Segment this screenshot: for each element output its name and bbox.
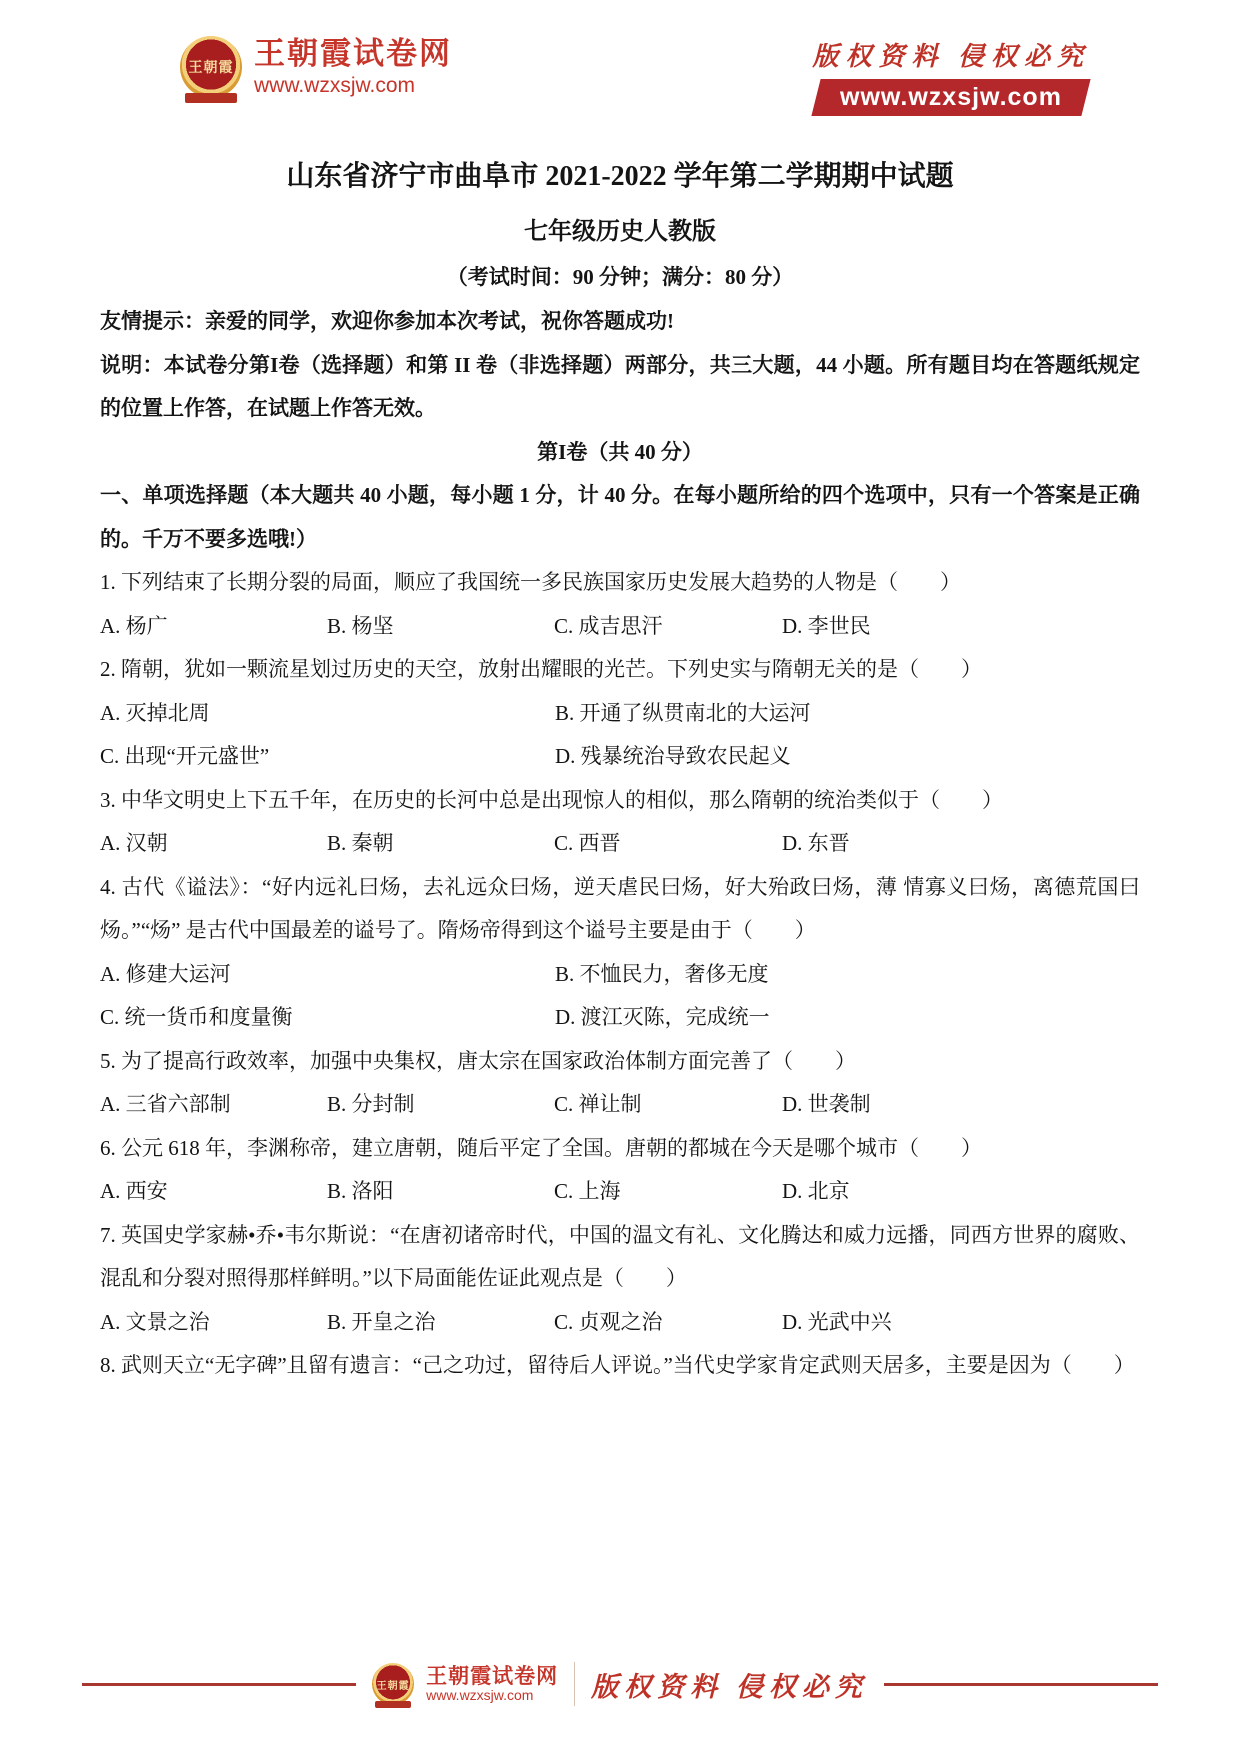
question-options: A. 杨广B. 杨坚C. 成吉思汗D. 李世民: [100, 605, 1140, 649]
friendly-notice: 友情提示：亲爱的同学，欢迎你参加本次考试，祝你答题成功!: [100, 300, 1140, 344]
question-text: 7. 英国史学家赫•乔•韦尔斯说：“在唐初诸帝时代，中国的温文有礼、文化腾达和威…: [100, 1214, 1140, 1301]
question-1: 1. 下列结束了长期分裂的局面，顺应了我国统一多民族国家历史发展大趋势的人物是（…: [100, 561, 1140, 648]
questions-list: 1. 下列结束了长期分裂的局面，顺应了我国统一多民族国家历史发展大趋势的人物是（…: [100, 561, 1140, 1388]
footer-copyright-slogan: 版权资料 侵权必究: [591, 1665, 868, 1704]
option-c: C. 上海: [554, 1170, 782, 1214]
question-2: 2. 隋朝，犹如一颗流星划过历史的天空，放射出耀眼的光芒。下列史实与隋朝无关的是…: [100, 648, 1140, 779]
question-4: 4. 古代《谥法》：“好内远礼曰炀，去礼远众曰炀，逆天虐民曰炀，好大殆政曰炀，薄…: [100, 866, 1140, 1040]
option-d: D. 李世民: [782, 605, 1140, 649]
question-7: 7. 英国史学家赫•乔•韦尔斯说：“在唐初诸帝时代，中国的温文有礼、文化腾达和威…: [100, 1214, 1140, 1345]
option-d: D. 光武中兴: [782, 1301, 1140, 1345]
question-text: 6. 公元 618 年，李渊称帝，建立唐朝，随后平定了全国。唐朝的都城在今天是哪…: [100, 1127, 1140, 1171]
option-a: A. 三省六部制: [100, 1083, 327, 1127]
option-b: B. 开通了纵贯南北的大运河: [555, 692, 1140, 736]
option-d: D. 世袭制: [782, 1083, 1140, 1127]
footer-rule-left: [82, 1683, 356, 1686]
footer-badge-text: 王朝霞: [372, 1663, 414, 1705]
exam-info: （考试时间：90 分钟；满分：80 分）: [100, 254, 1140, 300]
badge-text: 王朝霞: [180, 36, 242, 98]
option-d: D. 残暴统治导致农民起义: [555, 735, 1140, 779]
question-text: 1. 下列结束了长期分裂的局面，顺应了我国统一多民族国家历史发展大趋势的人物是（…: [100, 561, 1140, 605]
option-a: A. 修建大运河: [100, 953, 555, 997]
question-options: A. 三省六部制B. 分封制C. 禅让制D. 世袭制: [100, 1083, 1140, 1127]
option-b: B. 不恤民力，奢侈无度: [555, 953, 1140, 997]
question-6: 6. 公元 618 年，李渊称帝，建立唐朝，随后平定了全国。唐朝的都城在今天是哪…: [100, 1127, 1140, 1214]
option-b: B. 分封制: [327, 1083, 554, 1127]
option-a: A. 灭掉北周: [100, 692, 555, 736]
question-options: A. 西安B. 洛阳C. 上海D. 北京: [100, 1170, 1140, 1214]
question-text: 5. 为了提高行政效率，加强中央集权，唐太宗在国家政治体制方面完善了（ ）: [100, 1040, 1140, 1084]
question-text: 3. 中华文明史上下五千年，在历史的长河中总是出现惊人的相似，那么隋朝的统治类似…: [100, 779, 1140, 823]
option-b: B. 开皇之治: [327, 1301, 554, 1345]
footer-brand-url: www.wzxsjw.com: [426, 1688, 558, 1703]
site-logo: 王朝霞 王朝霞试卷网 www.wzxsjw.com: [180, 36, 452, 98]
logo-badge-icon: 王朝霞: [180, 36, 242, 98]
option-d: D. 东晋: [782, 822, 1140, 866]
section-1-title: 第I卷（共 40 分）: [100, 431, 1140, 475]
option-c: C. 成吉思汗: [554, 605, 782, 649]
footer-brand-name: 王朝霞试卷网: [426, 1666, 558, 1688]
part-1-heading: 一、单项选择题（本大题共 40 小题，每小题 1 分，计 40 分。在每小题所给…: [100, 474, 1140, 561]
option-c: C. 出现“开元盛世”: [100, 735, 555, 779]
option-c: C. 禅让制: [554, 1083, 782, 1127]
exam-instructions: 说明：本试卷分第I卷（选择题）和第 II 卷（非选择题）两部分，共三大题，44 …: [100, 344, 1140, 431]
question-text: 8. 武则天立“无字碑”且留有遗言：“己之功过，留待后人评说。”当代史学家肯定武…: [100, 1344, 1140, 1388]
question-options: A. 灭掉北周B. 开通了纵贯南北的大运河C. 出现“开元盛世”D. 残暴统治导…: [100, 692, 1140, 779]
footer-badge-ribbon-icon: [375, 1701, 411, 1708]
option-c: C. 统一货币和度量衡: [100, 996, 555, 1040]
footer-brand-block: 王朝霞试卷网 www.wzxsjw.com: [426, 1666, 558, 1703]
url-banner: www.wzxsjw.com: [812, 79, 1091, 116]
question-8: 8. 武则天立“无字碑”且留有遗言：“己之功过，留待后人评说。”当代史学家肯定武…: [100, 1344, 1140, 1388]
brand-name: 王朝霞试卷网: [254, 37, 452, 71]
exam-content: 山东省济宁市曲阜市 2021-2022 学年第二学期期中试题 七年级历史人教版 …: [100, 154, 1140, 1388]
question-text: 4. 古代《谥法》：“好内远礼曰炀，去礼远众曰炀，逆天虐民曰炀，好大殆政曰炀，薄…: [100, 866, 1140, 953]
question-3: 3. 中华文明史上下五千年，在历史的长河中总是出现惊人的相似，那么隋朝的统治类似…: [100, 779, 1140, 866]
page-header: 王朝霞 王朝霞试卷网 www.wzxsjw.com 版权资料 侵权必究 www.…: [0, 0, 1240, 118]
question-options: A. 修建大运河B. 不恤民力，奢侈无度C. 统一货币和度量衡D. 渡江灭陈，完…: [100, 953, 1140, 1040]
page-footer: 王朝霞 王朝霞试卷网 www.wzxsjw.com 版权资料 侵权必究: [82, 1662, 1158, 1706]
option-a: A. 文景之治: [100, 1301, 327, 1345]
option-b: B. 洛阳: [327, 1170, 554, 1214]
footer-divider: [574, 1662, 575, 1706]
footer-rule-right: [884, 1683, 1158, 1686]
option-d: D. 北京: [782, 1170, 1140, 1214]
exam-paper-page: 王朝霞 王朝霞试卷网 www.wzxsjw.com 版权资料 侵权必究 www.…: [0, 0, 1240, 1753]
page-title: 山东省济宁市曲阜市 2021-2022 学年第二学期期中试题: [100, 154, 1140, 200]
page-subtitle: 七年级历史人教版: [100, 210, 1140, 254]
question-options: A. 文景之治B. 开皇之治C. 贞观之治D. 光武中兴: [100, 1301, 1140, 1345]
url-banner-text: www.wzxsjw.com: [840, 83, 1062, 112]
question-5: 5. 为了提高行政效率，加强中央集权，唐太宗在国家政治体制方面完善了（ ）A. …: [100, 1040, 1140, 1127]
option-b: B. 秦朝: [327, 822, 554, 866]
question-text: 2. 隋朝，犹如一颗流星划过历史的天空，放射出耀眼的光芒。下列史实与隋朝无关的是…: [100, 648, 1140, 692]
footer-logo-badge-icon: 王朝霞: [372, 1663, 414, 1705]
option-d: D. 渡江灭陈，完成统一: [555, 996, 1140, 1040]
option-b: B. 杨坚: [327, 605, 554, 649]
option-a: A. 汉朝: [100, 822, 327, 866]
question-options: A. 汉朝B. 秦朝C. 西晋D. 东晋: [100, 822, 1140, 866]
copyright-block: 版权资料 侵权必究 www.wzxsjw.com: [812, 36, 1090, 116]
copyright-slogan: 版权资料 侵权必究: [812, 36, 1090, 73]
brand-url: www.wzxsjw.com: [254, 74, 452, 97]
option-a: A. 西安: [100, 1170, 327, 1214]
option-c: C. 贞观之治: [554, 1301, 782, 1345]
option-a: A. 杨广: [100, 605, 327, 649]
option-c: C. 西晋: [554, 822, 782, 866]
badge-ribbon-icon: [185, 93, 237, 103]
brand-text: 王朝霞试卷网 www.wzxsjw.com: [254, 37, 452, 97]
